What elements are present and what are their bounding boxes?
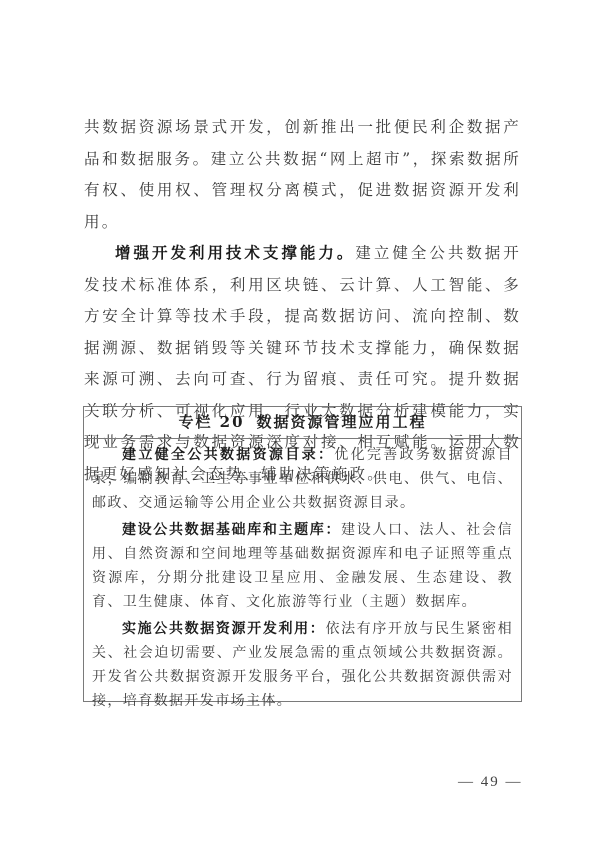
page-number: — 49 — — [458, 774, 523, 791]
box-item-base-database: 建设公共数据基础库和主题库：建设人口、法人、社会信用、自然资源和空间地理等基础数… — [92, 518, 513, 614]
feature-box-title-text: 数据资源管理应用工程 — [257, 413, 427, 431]
box-item-resource-catalog: 建立健全公共数据资源目录：优化完善政务数据资源目录，编制教育、卫生等事业单位和供… — [92, 443, 513, 515]
feature-box-body: 建立健全公共数据资源目录：优化完善政务数据资源目录，编制教育、卫生等事业单位和供… — [84, 439, 521, 713]
paragraph-data-development: 共数据资源场景式开发，创新推出一批便民利企数据产品和数据服务。建立公共数据“网上… — [84, 112, 521, 238]
box-item-heading: 建设公共数据基础库和主题库： — [122, 522, 341, 538]
box-item-development-use: 实施公共数据资源开发利用：依法有序开放与民生紧密相关、社会迫切需要、产业发展急需… — [92, 617, 513, 713]
box-item-heading: 建立健全公共数据资源目录： — [122, 447, 334, 463]
feature-box-title: 专栏 20数据资源管理应用工程 — [84, 407, 521, 439]
feature-box-number: 专栏 20 — [178, 413, 244, 431]
feature-box-column-20: 专栏 20数据资源管理应用工程 建立健全公共数据资源目录：优化完善政务数据资源目… — [83, 406, 522, 702]
paragraph-text: 共数据资源场景式开发，创新推出一批便民利企数据产品和数据服务。建立公共数据“网上… — [84, 118, 521, 231]
box-item-heading: 实施公共数据资源开发利用： — [122, 621, 325, 637]
paragraph-heading: 增强开发利用技术支撑能力。 — [115, 244, 355, 262]
